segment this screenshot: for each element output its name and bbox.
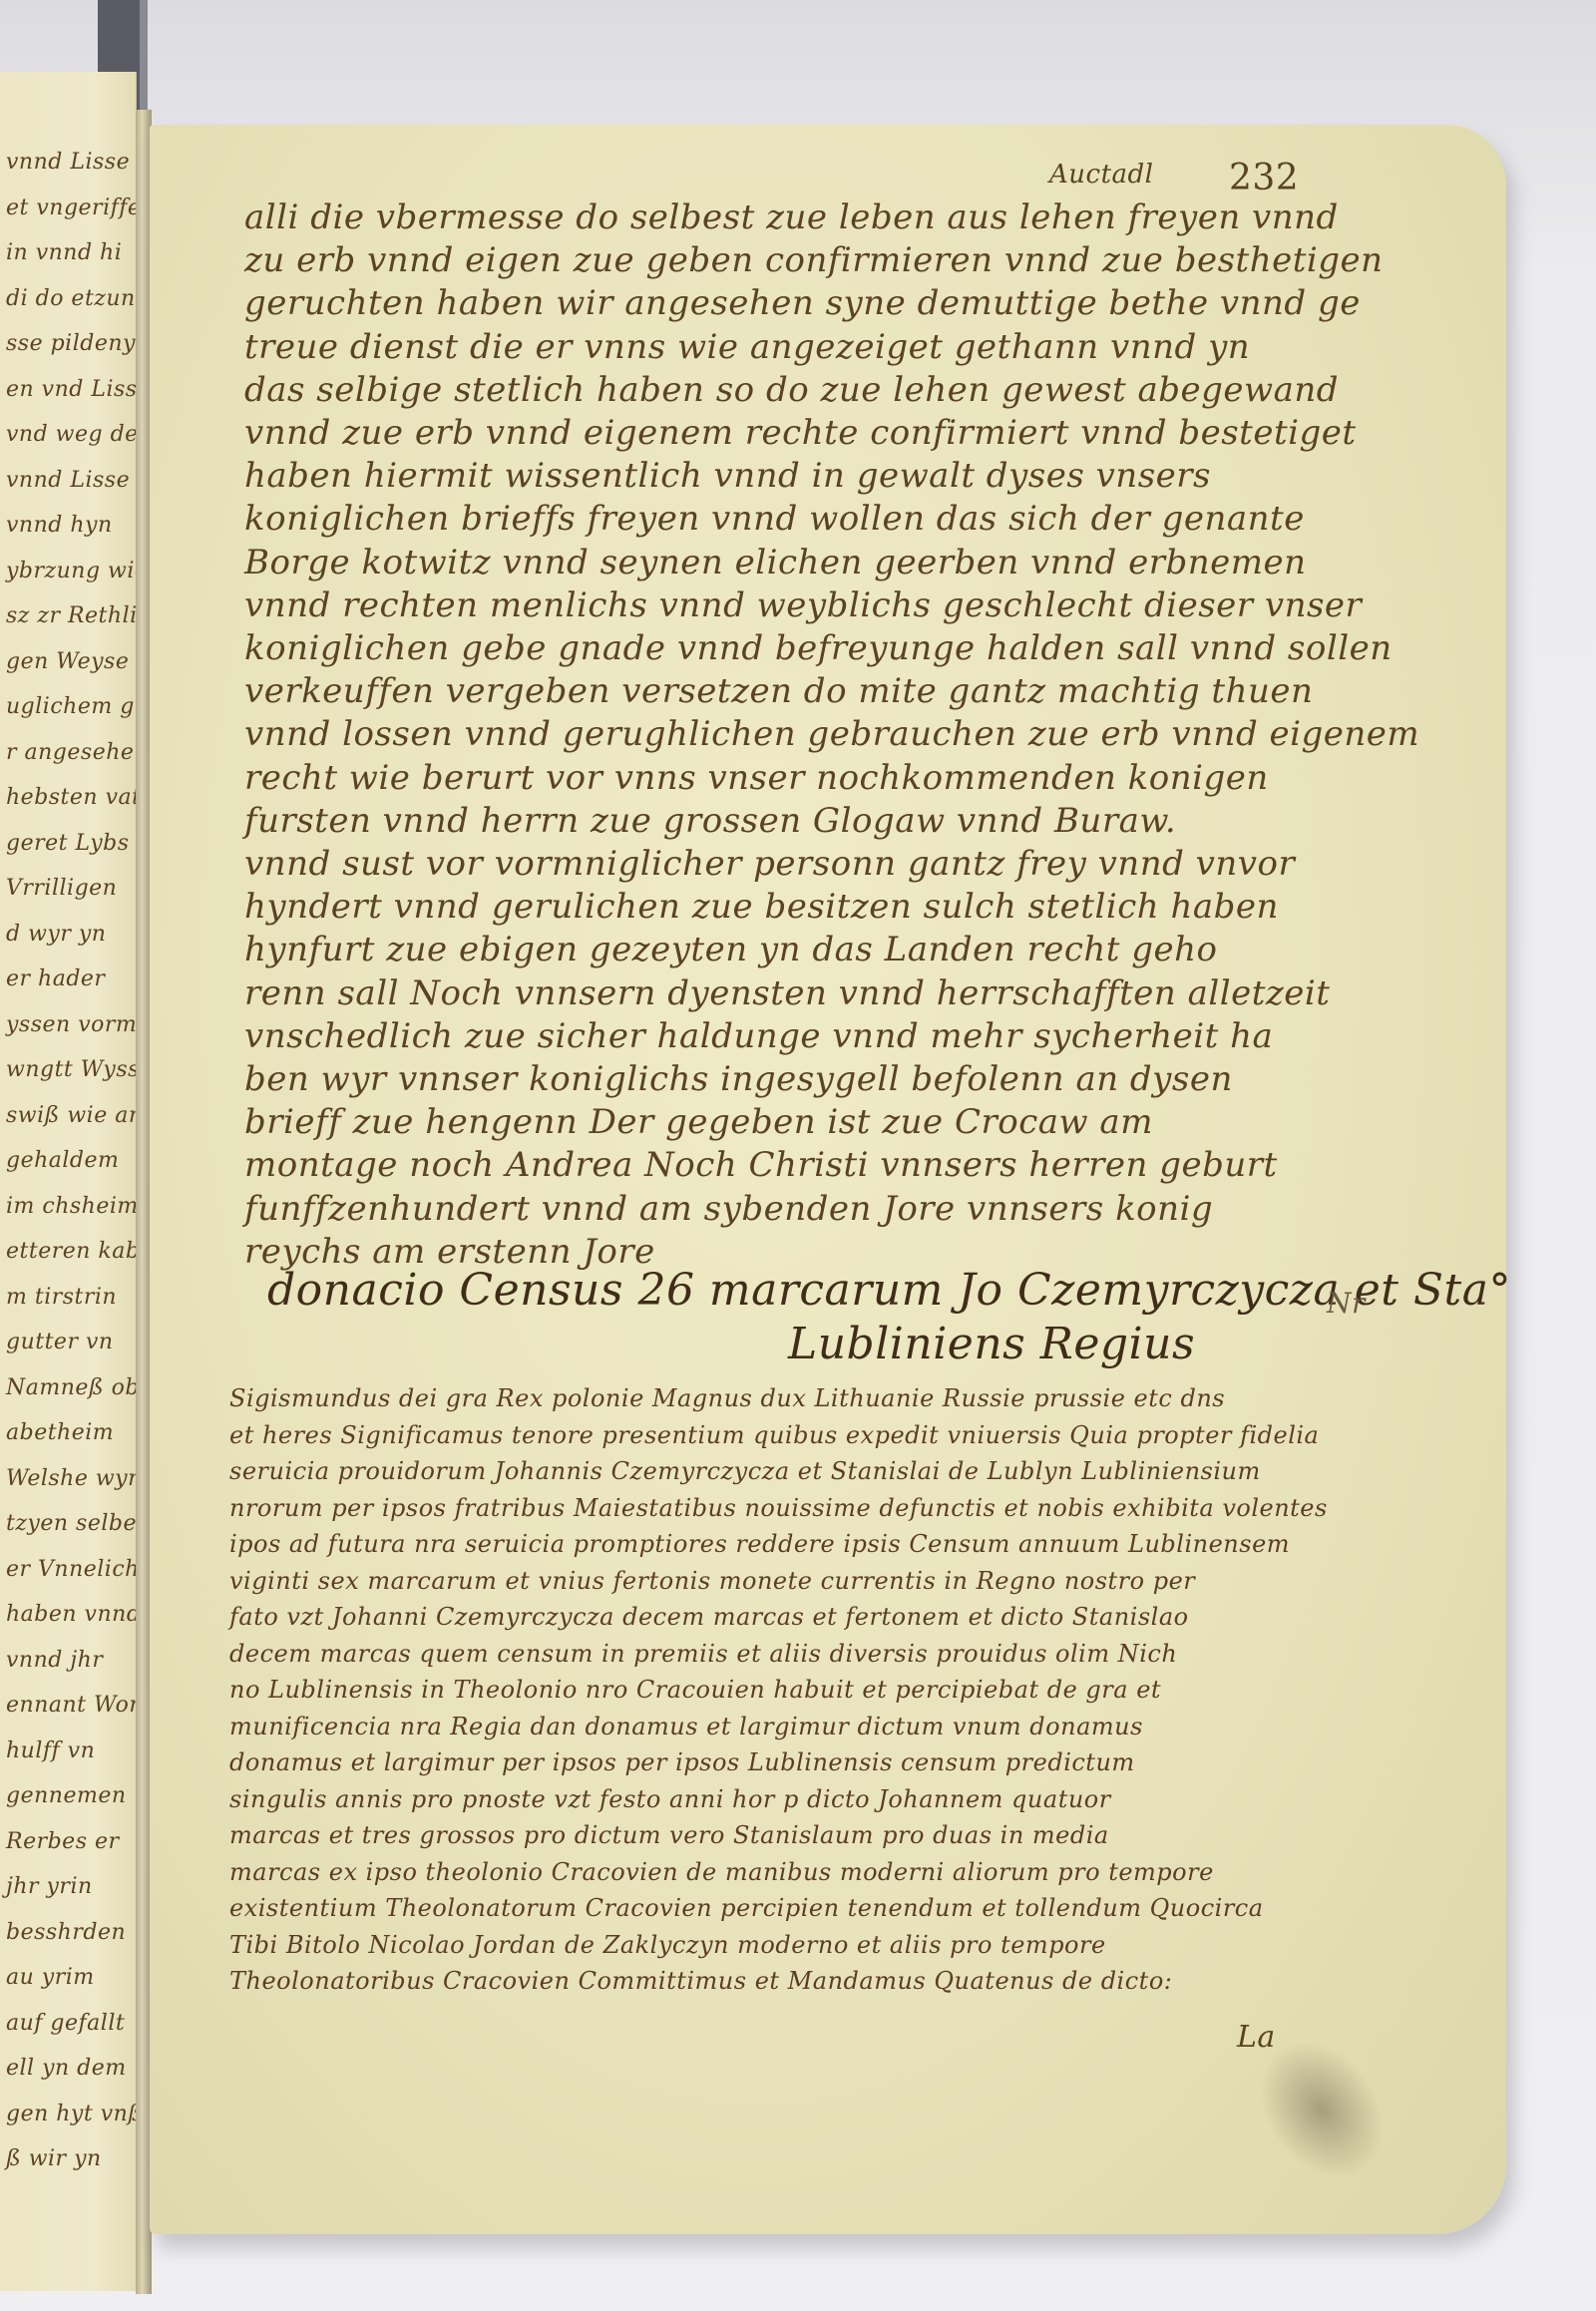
german-text-line: alli die vbermesse do selbest zue leben …	[244, 197, 1339, 237]
margin-note: Nr	[1327, 1287, 1366, 1320]
latin-text-line: Tibi Bitolo Nicolao Jordan de Zaklyczyn …	[229, 1931, 1106, 1959]
latin-text-line: munificencia nra Regia dan donamus et la…	[229, 1713, 1143, 1740]
left-page-line: besshrden	[6, 1920, 126, 1945]
left-page-line: vnnd Lisse	[6, 468, 130, 493]
latin-text-line: Theolonatoribus Cracovien Committimus et…	[229, 1967, 1172, 1995]
left-page-line: Welshe wyr	[6, 1466, 139, 1491]
german-text-line: vnnd rechten menlichs vnnd weyblichs ges…	[244, 585, 1362, 625]
left-page-line: ell yn dem	[6, 2056, 127, 2081]
latin-text-line: ipos ad futura nra seruicia promptiores …	[229, 1530, 1290, 1558]
german-text-line: vnnd sust vor vormniglicher personn gant…	[244, 844, 1295, 884]
left-page-line: geret Lybs	[6, 831, 130, 856]
left-page-line: d wyr yn	[6, 922, 106, 947]
german-text-line: funffzenhundert vnnd am sybenden Jore vn…	[244, 1189, 1213, 1229]
left-page-line: Rerbes er	[6, 1829, 120, 1854]
left-page-line: uglichem gu	[6, 694, 149, 719]
left-page-line: gutter vn	[6, 1330, 114, 1354]
folio-annotation: Auctadl	[1049, 160, 1154, 190]
left-page-line: er Vnnelich	[6, 1557, 140, 1582]
catchword: La	[1237, 2020, 1276, 2055]
left-page-line: ybrzung wie	[6, 559, 148, 583]
left-page-line: Namneß ob	[6, 1375, 140, 1400]
german-text-line: renn sall Noch vnnsern dyensten vnnd her…	[244, 973, 1330, 1013]
left-page-line: ß wir yn	[6, 2146, 102, 2171]
latin-text-line: donamus et largimur per ipsos per ipsos …	[229, 1748, 1135, 1776]
german-text-line: koniglichen brieffs freyen vnnd wollen d…	[244, 499, 1305, 539]
left-page-fragment: vnnd Lisseet vngeriffein vnnd hidi do et…	[0, 72, 137, 2291]
latin-text-line: Sigismundus dei gra Rex polonie Magnus d…	[229, 1384, 1225, 1412]
left-page-line: hulff vn	[6, 1738, 95, 1763]
german-text-line: geruchten haben wir angesehen syne demut…	[244, 283, 1361, 323]
german-text-line: ben wyr vnnser koniglichs ingesygell bef…	[244, 1059, 1233, 1099]
left-page-line: vnnd hyn	[6, 513, 113, 538]
latin-text-line: no Lublinensis in Theolonio nro Cracouie…	[229, 1676, 1161, 1704]
german-text-line: koniglichen gebe gnade vnnd befreyunge h…	[244, 628, 1393, 668]
german-text-line: hyndert vnnd gerulichen zue besitzen sul…	[244, 887, 1279, 927]
latin-text-line: viginti sex marcarum et vnius fertonis m…	[229, 1567, 1195, 1595]
left-page-line: sse pildeny	[6, 331, 136, 356]
left-page-line: yssen vormy	[6, 1012, 150, 1037]
latin-text-line: et heres Significamus tenore presentium …	[229, 1421, 1319, 1449]
left-page-line: er hader	[6, 966, 105, 991]
left-page-line: au yrim	[6, 1965, 95, 1990]
book-stand-edge	[140, 0, 148, 115]
latin-text-line: fato vzt Johanni Czemyrczycza decem marc…	[229, 1603, 1189, 1631]
left-page-line: gen Weyse	[6, 649, 129, 674]
left-page-line: abetheim	[6, 1420, 114, 1445]
latin-text-line: marcas ex ipso theolonio Cracovien de ma…	[229, 1858, 1214, 1886]
latin-text-line: singulis annis pro pnoste vzt festo anni…	[229, 1785, 1111, 1813]
left-page-line: en vnd Lisse	[6, 377, 151, 402]
left-page-line: di do etzund	[6, 286, 150, 311]
german-text-line: vnnd lossen vnnd gerughlichen gebrauchen…	[244, 714, 1419, 754]
left-page-line: Vrrilligen	[6, 876, 117, 901]
page-number: 232	[1229, 158, 1299, 198]
section-heading-line2: Lubliniens Regius	[788, 1319, 1195, 1369]
latin-text-line: nrorum per ipsos fratribus Maiestatibus …	[229, 1494, 1328, 1522]
left-page-line: m tirstrin	[6, 1285, 117, 1310]
left-page-line: jhr yrin	[6, 1874, 93, 1899]
german-text-line: Borge kotwitz vnnd seynen elichen geerbe…	[244, 543, 1307, 582]
german-text-line: verkeuffen vergeben versetzen do mite ga…	[244, 671, 1313, 711]
left-page-line: im chsheim	[6, 1194, 139, 1219]
german-text-line: treue dienst die er vnns wie angezeiget …	[244, 327, 1250, 367]
left-page-line: vnnd Lisse	[6, 150, 130, 175]
german-text-line: vnnd zue erb vnnd eigenem rechte confirm…	[244, 413, 1357, 453]
german-text-line: zu erb vnnd eigen zue geben confirmieren…	[244, 240, 1384, 280]
left-page-line: in vnnd hi	[6, 240, 122, 265]
german-text-line: brieff zue hengenn Der gegeben ist zue C…	[244, 1102, 1153, 1142]
latin-text-line: marcas et tres grossos pro dictum vero S…	[229, 1821, 1109, 1849]
left-page-line: haben vnnd	[6, 1602, 141, 1627]
german-text-line: fursten vnnd herrn zue grossen Glogaw vn…	[244, 801, 1176, 841]
german-text-line: vnschedlich zue sicher haldunge vnnd meh…	[244, 1016, 1273, 1056]
section-heading-line1: donacio Census 26 marcarum Jo Czemyrczyc…	[267, 1265, 1511, 1316]
german-text-line: hynfurt zue ebigen gezeyten yn das Lande…	[244, 930, 1218, 969]
left-page-line: et vngeriffe	[6, 195, 141, 220]
left-page-line: auf gefallt	[6, 2011, 125, 2036]
german-text-line: haben hiermit wissentlich vnnd in gewalt…	[244, 456, 1211, 496]
left-page-line: r angesehen	[6, 740, 149, 765]
left-page-line: vnnd jhr	[6, 1648, 103, 1673]
latin-text-line: existentium Theolonatorum Cracovien perc…	[229, 1894, 1264, 1922]
latin-text-line: decem marcas quem censum in premiis et a…	[229, 1640, 1177, 1668]
left-page-line: gen hyt vnß	[6, 2102, 144, 2126]
german-text-line: recht wie berurt vor vnns vnser nochkomm…	[244, 758, 1269, 798]
german-text-line: das selbige stetlich haben so do zue leh…	[244, 370, 1339, 410]
left-page-line: tzyen selbe	[6, 1511, 137, 1536]
left-page-line: swiß wie an	[6, 1103, 144, 1128]
latin-text-line: seruicia prouidorum Johannis Czemyrczycz…	[229, 1457, 1261, 1485]
left-page-line: gennemen	[6, 1783, 127, 1808]
left-page-line: gehaldem	[6, 1148, 119, 1173]
left-page-line: hebsten vatt	[6, 785, 151, 810]
german-text-line: montage noch Andrea Noch Christi vnnsers…	[244, 1145, 1278, 1185]
